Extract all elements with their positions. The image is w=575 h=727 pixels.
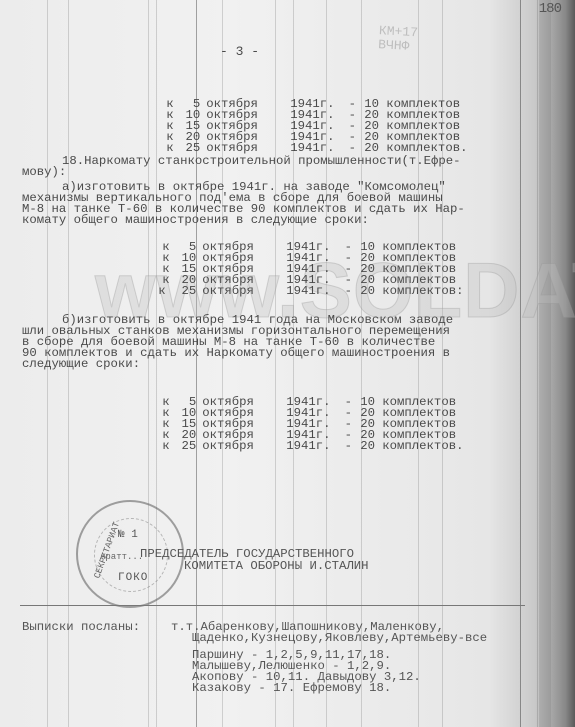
- faint-stamp-line: ВЧНФ: [378, 38, 449, 56]
- schedule-row: к25октября1941г.-20комплектов:: [114, 275, 463, 308]
- section-18-heading-cont: мову):: [22, 167, 66, 178]
- distribution-label: Выписки посланы:: [22, 622, 140, 633]
- scan-edge-dark: [565, 0, 575, 727]
- divider-line: [20, 605, 525, 606]
- faint-archive-stamp: КМ+17 ВЧНФ: [377, 24, 449, 76]
- distribution-line: Казакову - 17. Ефремову 18.: [192, 683, 391, 694]
- scan-streak: [520, 0, 521, 727]
- section-18-heading: 18.Наркомату станкостроительной промышле…: [62, 156, 460, 167]
- signature-block: ПРЕДСЕДАТЕЛЬ ГОСУДАРСТВЕННОГО КОМИТЕТА О…: [140, 548, 368, 572]
- scan-streak: [537, 0, 538, 727]
- schedule-row: к25октября1941г.-20комплектов.: [118, 430, 463, 463]
- scanned-document-page: 180 КМ+17 ВЧНФ www.SOLDAT.ru - 3 - к5окт…: [0, 0, 575, 727]
- distribution-line: Щаденко,Кузнецову,Яковлеву,Артемьеву-все: [192, 633, 487, 644]
- page-number: - 3 -: [220, 46, 259, 57]
- signature-name: КОМИТЕТА ОБОРОНЫ И.СТАЛИН: [140, 560, 368, 572]
- archive-sheet-number: 180: [539, 4, 561, 15]
- item-b-line: следующие сроки:: [22, 359, 140, 370]
- item-a-line: комату общего машиностроения в следующие…: [22, 215, 369, 226]
- seal-bottom-text: ГОКО: [118, 573, 148, 584]
- seal-number: № 1: [118, 530, 138, 541]
- scan-edge-shadow: [539, 0, 551, 727]
